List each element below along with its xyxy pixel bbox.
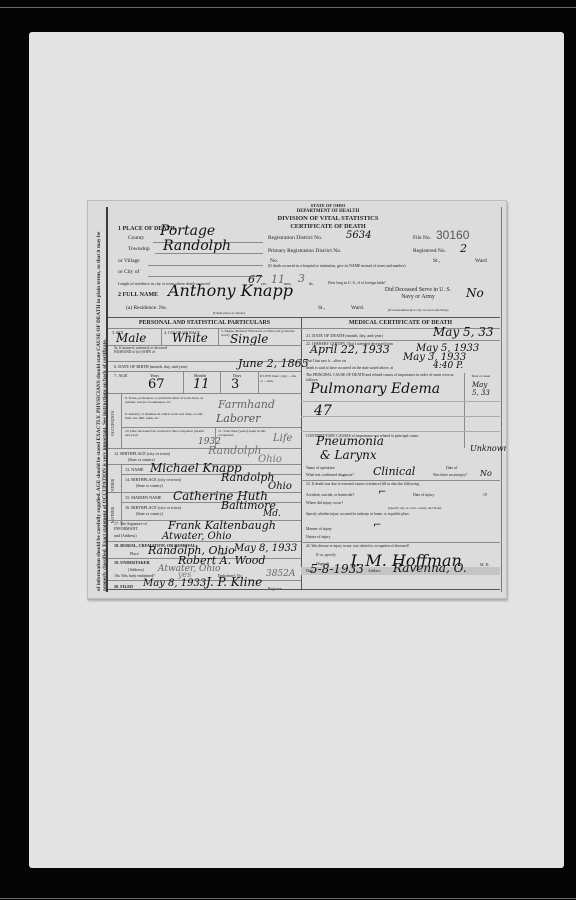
header-department: DEPARTMENT OF HEALTH [228,209,428,214]
death-time-label: death is said to have occurred on the da… [306,366,393,370]
father-state-label: (State or country) [136,484,163,488]
father-birthplace-state: Ohio [268,481,292,492]
age-days-value: 3 [231,377,239,392]
age-years-value: 67 [148,377,165,392]
film-edge-bottom [0,898,576,899]
where-label: Where did injury occur? [306,501,343,505]
navy-label: Did Deceased Serve in U. S. Navy or Army [378,287,458,301]
signed-date-value: 5-8-1933 [310,562,364,576]
manner-label: Manner of injury [306,527,332,531]
age-months-value: 11 [193,377,210,392]
registered-no-value: 2 [460,242,467,255]
father-side-label: FATHER [111,479,115,493]
onset-label: Date of onset [466,374,496,378]
last-saw-label: that I last saw h... alive on [306,359,346,363]
where-note: (Specify city or town, county, and State… [388,506,441,510]
trade-value: Farmhand [218,398,275,411]
accident-label: Accident, suicide, or homicide? [306,493,354,497]
file-no-label: File No. [413,235,431,241]
village-label: or Village [118,258,140,264]
reg-district-label: Registration District No. [268,235,322,241]
father-birthplace-label: 14. BIRTHPLACE (city or town) [125,477,181,482]
dod-label: 21. DATE OF DEATH (month, day, and year) [306,333,383,338]
residence-st-label: St., [318,305,325,311]
primary-reg-label: Primary Registration District No. [268,248,341,254]
ward-label: Ward [475,258,487,264]
occ-related-label: 24. Was disease or injury in any way rel… [306,544,409,548]
contributory-onset-value: Unknown [470,444,494,453]
header-title: CERTIFICATE OF DEATH [228,223,428,230]
undertaker-address-label: (Address) [128,567,144,572]
occupation-side-label: OCCUPATION [110,411,115,436]
foreign-birth-label: How long in U. S., if of foreign birth? [328,281,386,285]
filed-date-value: May 8, 1933 [143,578,206,589]
registrar-signature: J. P. Kline [206,575,262,589]
attended-from-value: April 22, 1933 [310,343,390,356]
principal-cause-value: Pulmonary Edema [310,381,440,397]
county-value: Portage [160,223,215,239]
birthplace-city-value: Randolph [208,444,262,457]
dob-label: 6. DATE OF BIRTH (month, day, and year) [114,364,187,369]
spouse-label: 5a. If married, widowed, or divorced HUS… [114,346,184,354]
father-birthplace-city: Randolph [221,471,275,484]
death-certificate: of information should be carefully suppl… [87,200,507,599]
registered-no-label: Registered No. [413,248,446,254]
birthplace-label: 12. BIRTHPLACE (city or town) [114,451,170,456]
test-label: What test confirmed diagnosis? [306,473,354,477]
accident-dash: ⌐ [378,487,386,498]
physician-address-label: Address [368,569,380,573]
hospital-note: (If death occurred in a hospital or inst… [268,264,406,268]
header-division: DIVISION OF VITAL STATISTICS [228,215,428,222]
personal-section-title: PERSONAL AND STATISTICAL PARTICULARS [108,320,301,326]
embalmer-no-value: 3852A [266,569,295,579]
death-time-value: 4:40 P. [433,361,463,371]
reg-district-value: 5634 [346,230,371,241]
if-so-label: If so, specify [316,553,336,557]
nature-label: Nature of injury [306,535,330,539]
father-name-label: 13. NAME [125,467,144,472]
mother-birthplace-state: Md. [263,509,281,519]
header-state: STATE OF OHIO [228,203,428,208]
contributory-2-value: & Larynx [320,448,377,462]
residence-days: 3 [298,272,305,285]
last-worked-label: 10. Date deceased last worked at this oc… [125,429,205,437]
mother-birthplace-label: 16. BIRTHPLACE (city or town) [125,505,181,510]
less-than-label: If LESS than 1 day, ....hrs. or ....min. [260,374,298,384]
full-name-value: Anthony Knapp [168,281,293,300]
township-label: Township [128,246,150,252]
age-label: 7. AGE [114,373,128,378]
external-causes-label: 23. If death was due to external causes … [306,482,494,487]
burial-date-value: May 8, 1933 [234,543,297,554]
burial-place-label: Place [130,551,139,556]
autopsy-value: No [480,469,492,478]
informant-address-label: and (Address) [114,533,137,538]
operation-date-label: Date of [446,466,457,470]
file-no-value: 30160 [436,228,469,242]
physician-address-value: Ravenna, O. [393,561,467,575]
specify-label: Specify whether injury occurred in indus… [306,512,410,516]
city-label: or City of [118,269,139,275]
mother-name-label: 15. MAIDEN NAME [125,495,161,500]
sex-value: Male [116,331,146,345]
residence-label: (a) Residence. No. [126,305,167,311]
nonresident-note: (If nonresident give city or town and St… [388,308,448,312]
township-value: Randolph [163,238,231,254]
marital-value: Single [230,332,268,346]
trade-label: 8. Trade, profession, or particular kind… [125,396,207,404]
color-value: White [172,331,208,345]
film-edge-top [0,7,576,8]
informant-label: 17. The Signature of INFORMANT [114,522,164,531]
autopsy-label: Was there an autopsy? [433,473,467,477]
usual-place-note: (Usual place of abode) [213,311,245,315]
dod-value: May 5, 33 [433,325,494,339]
street-label: St., [433,258,440,264]
full-name-label: 2 FULL NAME [118,292,158,298]
manner-dash: ⌐ [373,520,381,531]
mother-state-label: (State or country) [136,512,163,516]
undertaker-label: 19. UNDERTAKER [114,560,150,565]
principal-onset-value: May 5, 33 [472,381,496,397]
dob-value: June 2, 1865 [238,357,309,370]
residence-ward-label: Ward. [351,305,364,311]
industry-label: 9. Industry or business in which work wa… [125,412,207,420]
total-time-value: Life [273,433,292,444]
margin-instructions: of information should be carefully suppl… [88,201,104,598]
total-time-label: 11. Total time (years) spent in this occ… [218,429,268,437]
injury-date-label: Date of injury [413,493,434,497]
operation-label: Name of operation [306,466,334,470]
industry-value: Laborer [216,412,261,425]
contributory-1-value: Pneumonia [316,434,384,448]
county-label: County [128,235,144,241]
ds-label: ds. [309,281,314,286]
navy-value: No [466,286,484,300]
test-value: Clinical [373,465,415,478]
injury-year-label: 19 [483,493,487,497]
